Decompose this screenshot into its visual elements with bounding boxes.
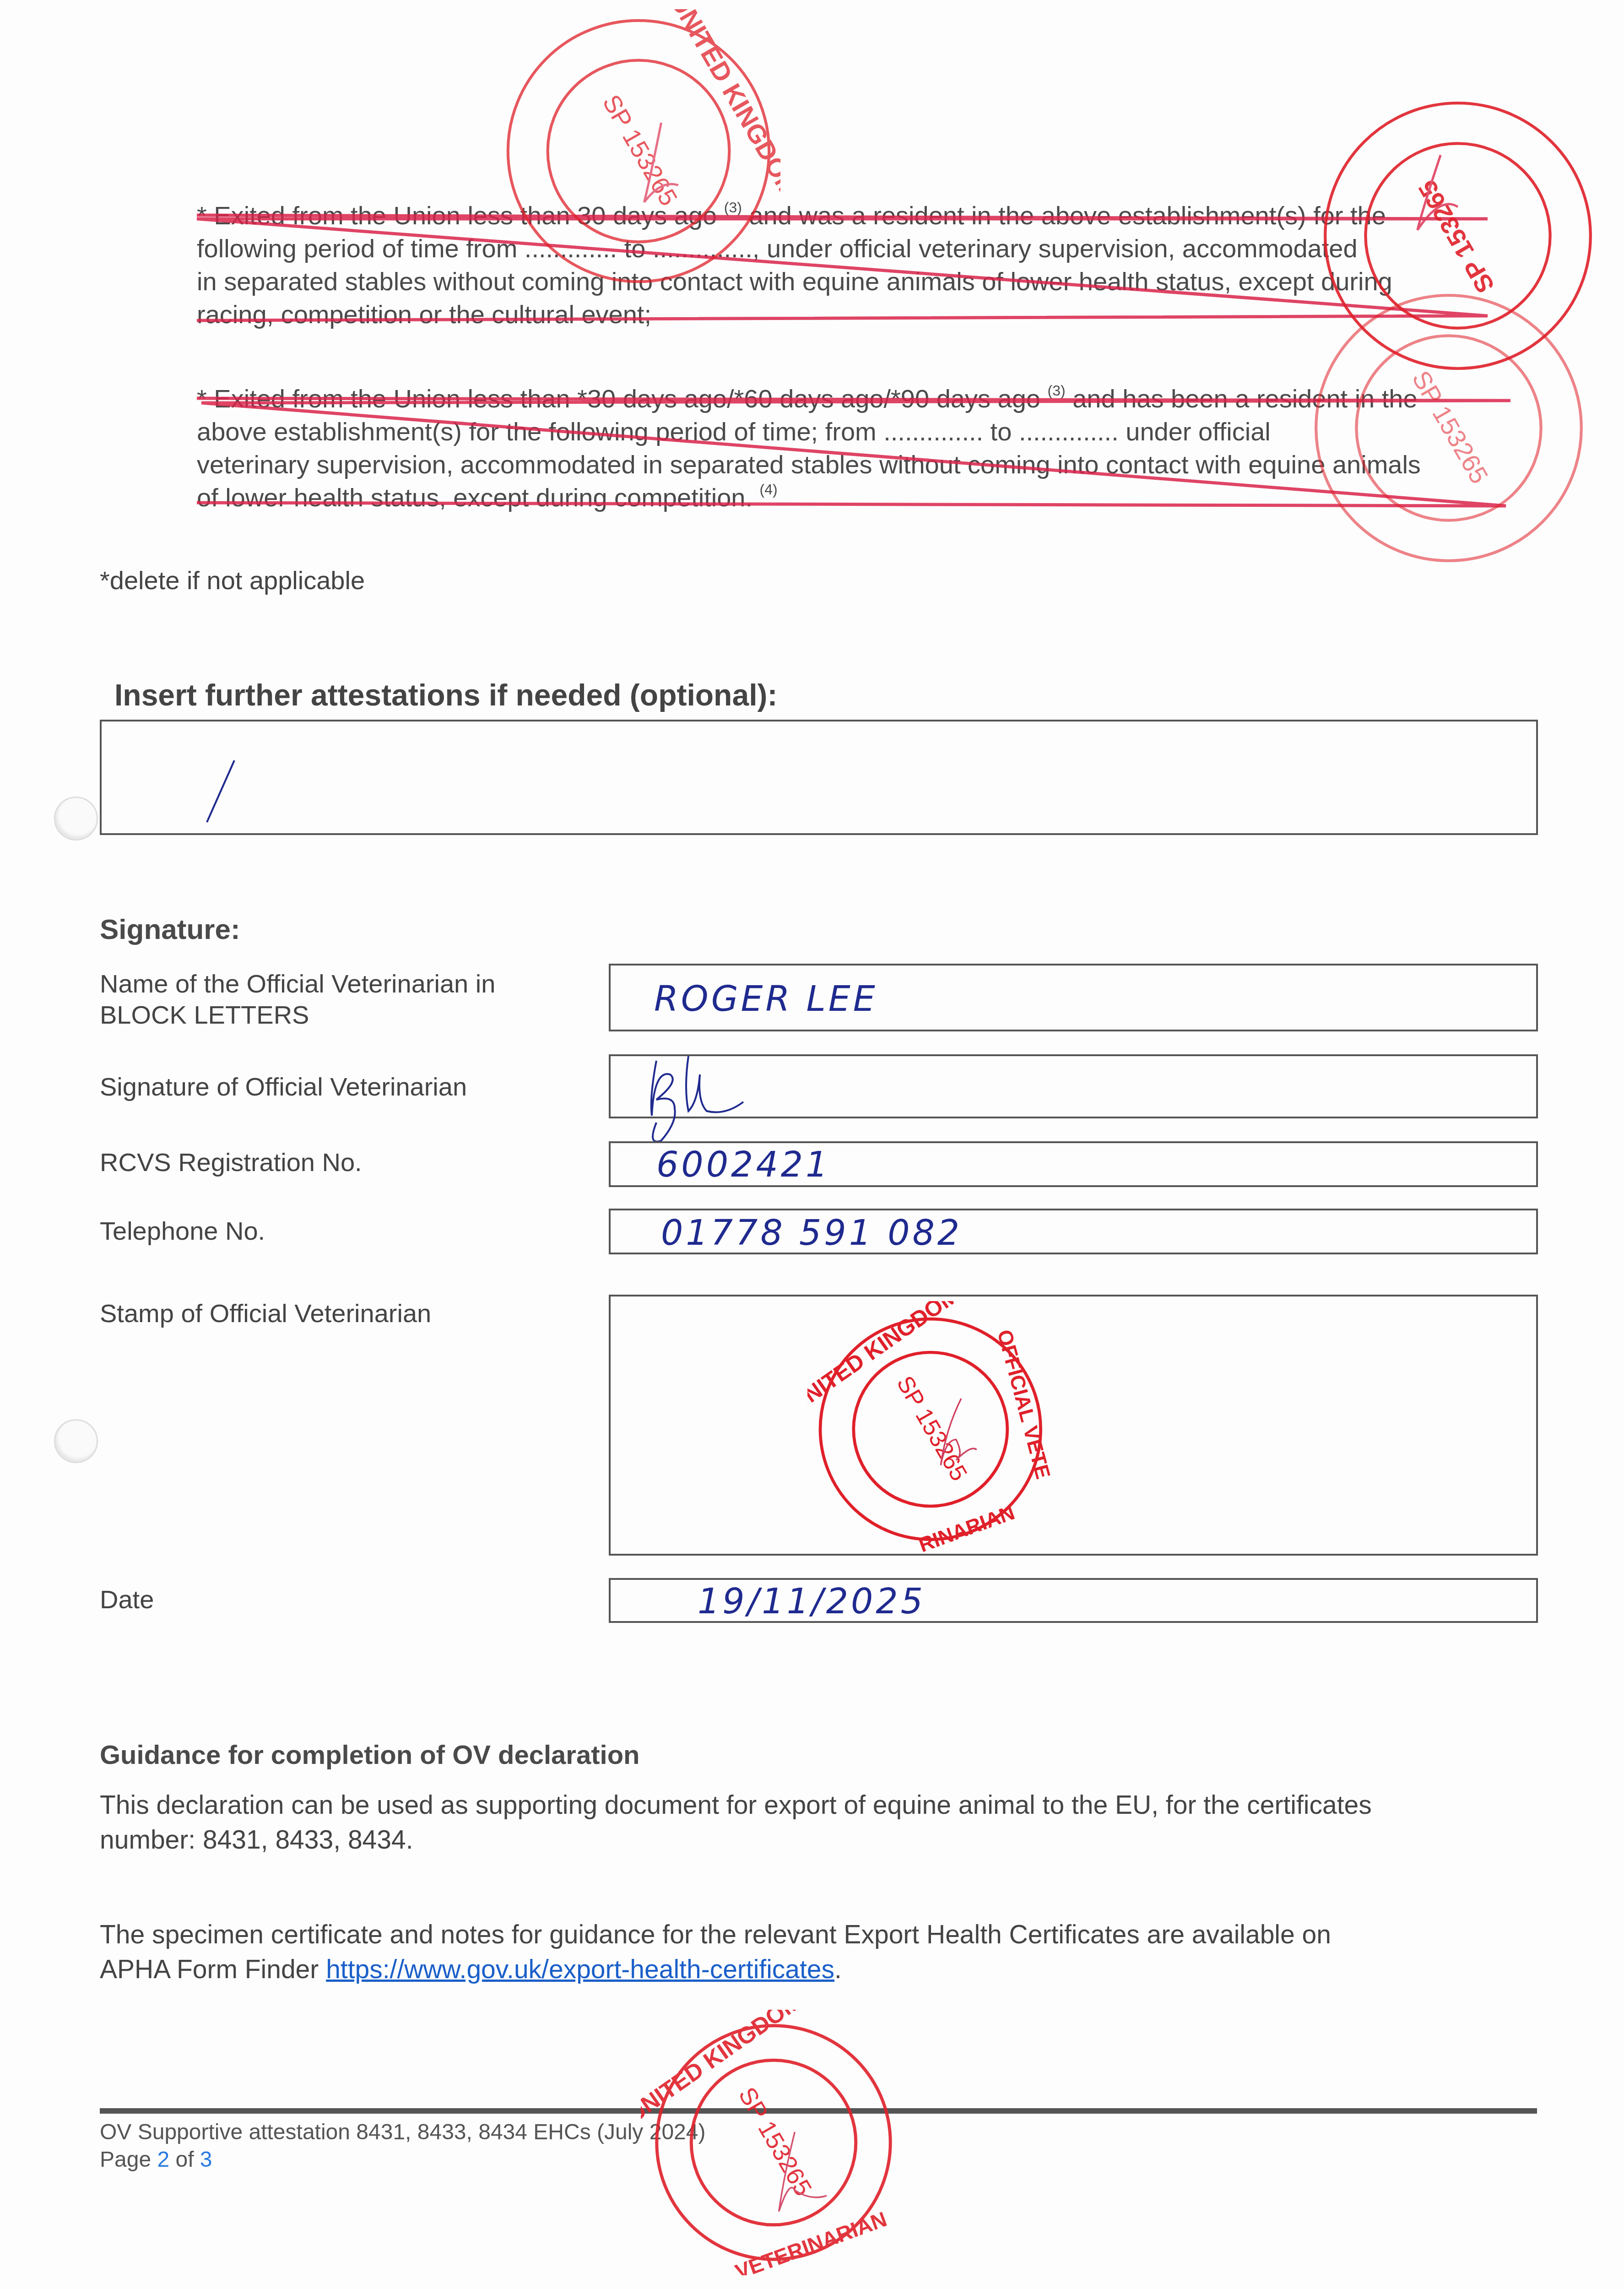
rcvs-field[interactable]: 6002421 <box>609 1141 1538 1187</box>
stamp-icon: UNITED KINGDOM OFFICIAL VETE RINARIAN SP… <box>807 1301 1064 1557</box>
stamp-icon: SP 153265 <box>1305 284 1593 572</box>
further-attestations-heading: Insert further attestations if needed (o… <box>114 678 777 712</box>
export-health-certificates-link[interactable]: https://www.gov.uk/export-health-certifi… <box>326 1955 834 1984</box>
stamp-icon: UNITED KINGDOM VETERINARIAN SP 153265 <box>641 2010 906 2275</box>
footer-title: OV Supportive attestation 8431, 8433, 84… <box>100 2119 705 2146</box>
guidance-paragraph-2: The specimen certificate and notes for g… <box>100 1917 1537 1987</box>
svg-text:RINARIAN: RINARIAN <box>915 1501 1018 1557</box>
telephone-label: Telephone No. <box>100 1215 265 1247</box>
official-stamp: UNITED KINGDOM OFFICIAL VETE RINARIAN SP… <box>807 1301 1064 1557</box>
guidance-heading: Guidance for completion of OV declaratio… <box>100 1740 639 1770</box>
page-number: Page 2 of 3 <box>100 2146 705 2174</box>
signature-label: Signature of Official Veterinarian <box>100 1071 467 1102</box>
svg-text:SP 153265: SP 153265 <box>597 90 682 210</box>
official-stamp: UNITED KINGDOM VETERINARIAN SP 153265 <box>641 2010 906 2275</box>
stamp-icon: UNITED KINGDOM SP 153265 <box>497 9 780 293</box>
svg-text:SP 153265: SP 153265 <box>1413 175 1499 298</box>
name-value: ROGER LEE <box>654 978 878 1019</box>
signature-heading: Signature: <box>100 913 240 946</box>
name-field[interactable]: ROGER LEE <box>609 964 1538 1031</box>
handwritten-signature <box>638 1047 775 1148</box>
stamp-field[interactable]: UNITED KINGDOM OFFICIAL VETE RINARIAN SP… <box>609 1295 1538 1556</box>
footer: OV Supportive attestation 8431, 8433, 84… <box>100 2119 705 2174</box>
svg-text:SP 153265: SP 153265 <box>1407 366 1494 488</box>
svg-text:UNITED KINGDOM: UNITED KINGDOM <box>807 1301 964 1417</box>
telephone-value: 01778 591 082 <box>661 1212 962 1253</box>
rcvs-label: RCVS Registration No. <box>100 1147 362 1178</box>
guidance-paragraph-1: This declaration can be used as supporti… <box>100 1788 1537 1857</box>
date-value: 19/11/2025 <box>698 1581 926 1622</box>
diagonal-line-mark <box>202 758 239 827</box>
punch-hole <box>54 797 98 841</box>
delete-note: *delete if not applicable <box>100 565 365 595</box>
further-attestations-field[interactable] <box>100 720 1538 835</box>
punch-hole <box>54 1419 98 1463</box>
svg-text:UNITED KINGDOM: UNITED KINGDOM <box>664 9 780 203</box>
name-label: Name of the Official Veterinarian in BLO… <box>100 968 495 1031</box>
date-label: Date <box>100 1584 154 1615</box>
official-stamp: UNITED KINGDOM SP 153265 <box>497 9 780 293</box>
rcvs-value: 6002421 <box>656 1144 830 1185</box>
official-stamp: SP 153265 <box>1305 284 1593 572</box>
telephone-field[interactable]: 01778 591 082 <box>609 1209 1538 1254</box>
stamp-label: Stamp of Official Veterinarian <box>100 1298 431 1329</box>
svg-text:SP 153265: SP 153265 <box>892 1371 973 1485</box>
svg-text:SP 153265: SP 153265 <box>733 2083 817 2201</box>
signature-field[interactable] <box>609 1054 1538 1118</box>
date-field[interactable]: 19/11/2025 <box>609 1578 1538 1623</box>
